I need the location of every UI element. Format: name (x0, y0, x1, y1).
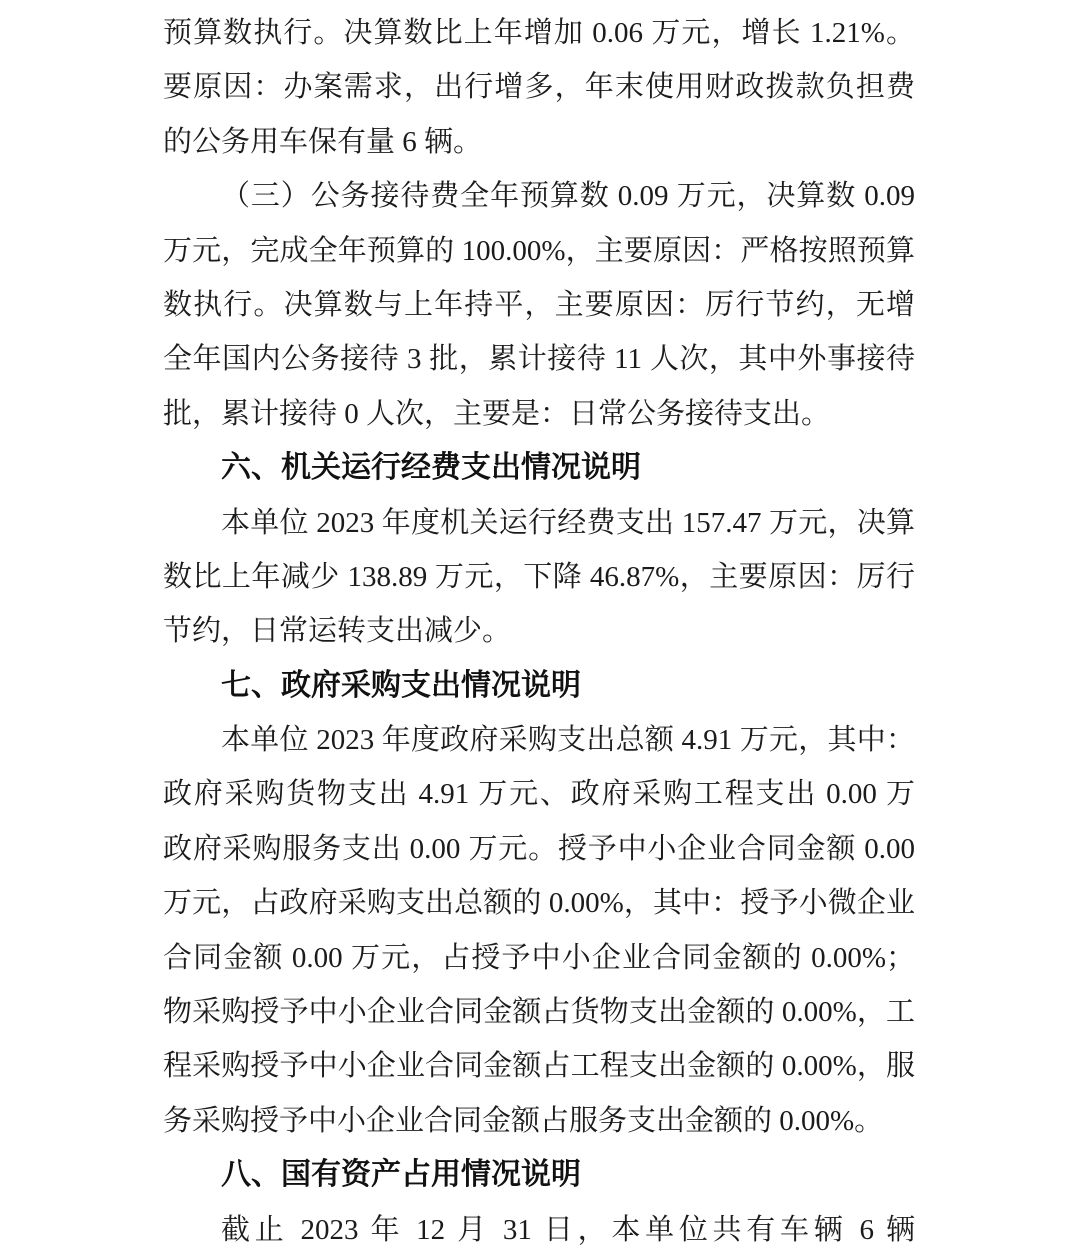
text-line: 合同金额 0.00 万元，占授予中小企业合同金额的 0.00%；货 (163, 931, 915, 985)
text-line: 万元，占政府采购支出总额的 0.00%，其中：授予小微企业 (163, 876, 915, 930)
text-line: （三）公务接待费全年预算数 0.09 万元，决算数 0.09 (163, 169, 915, 223)
text-line: 务采购授予中小企业合同金额占服务支出金额的 0.00%。 (163, 1094, 915, 1148)
text-line: 程采购授予中小企业合同金额占工程支出金额的 0.00%，服 (163, 1039, 915, 1093)
text-line: 数比上年减少 138.89 万元，下降 46.87%，主要原因：厉行 (163, 550, 915, 604)
text-line: 批，累计接待 0 人次，主要是：日常公务接待支出。 (163, 387, 915, 441)
text-line: 的公务用车保有量 6 辆。 (163, 115, 915, 169)
text-line: 截止 2023 年 12 月 31 日，本单位共有车辆 6 辆（台）， (163, 1203, 915, 1254)
section-heading-eight: 八、国有资产占用情况说明 (163, 1148, 915, 1202)
text-line: 全年国内公务接待 3 批，累计接待 11 人次，其中外事接待 0 (163, 332, 915, 386)
text-line: 政府采购服务支出 0.00 万元。授予中小企业合同金额 0.00 (163, 822, 915, 876)
section-heading-six: 六、机关运行经费支出情况说明 (163, 441, 915, 495)
text-line: 政府采购货物支出 4.91 万元、政府采购工程支出 0.00 万元、 (163, 767, 915, 821)
document-page: 预算数执行。决算数比上年增加 0.06 万元，增长 1.21%。主 要原因：办案… (0, 0, 1074, 1254)
text-line: 物采购授予中小企业合同金额占货物支出金额的 0.00%，工 (163, 985, 915, 1039)
section-heading-seven: 七、政府采购支出情况说明 (163, 659, 915, 713)
text-line: 本单位 2023 年度机关运行经费支出 157.47 万元，决算 (163, 496, 915, 550)
text-line: 本单位 2023 年度政府采购支出总额 4.91 万元，其中： (163, 713, 915, 767)
text-line: 节约，日常运转支出减少。 (163, 604, 915, 658)
text-line: 预算数执行。决算数比上年增加 0.06 万元，增长 1.21%。主 (163, 6, 915, 60)
text-line: 要原因：办案需求，出行增多，年末使用财政拨款负担费用 (163, 60, 915, 114)
text-line: 数执行。决算数与上年持平，主要原因：厉行节约，无增加。 (163, 278, 915, 332)
text-line: 万元，完成全年预算的 100.00%，主要原因：严格按照预算 (163, 224, 915, 278)
